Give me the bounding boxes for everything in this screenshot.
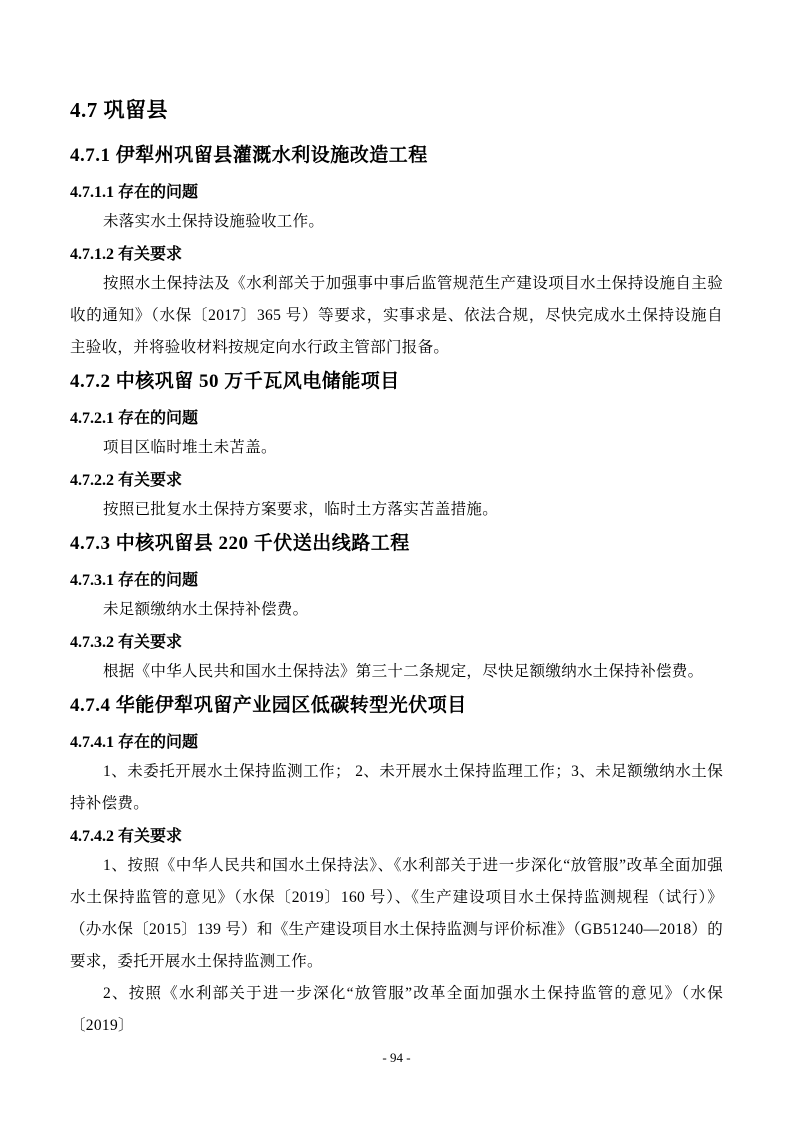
requirements-subheading-4-7-4-2: 4.7.4.2 有关要求 bbox=[70, 826, 723, 848]
project-heading-4-7-4: 4.7.4 华能伊犁巩留产业园区低碳转型光伏项目 bbox=[70, 692, 723, 720]
requirements-paragraph-4-7-2: 按照已批复水土保持方案要求，临时土方落实苫盖措施。 bbox=[70, 494, 723, 526]
issues-subheading-4-7-2-1: 4.7.2.1 存在的问题 bbox=[70, 408, 723, 430]
issues-subheading-4-7-4-1: 4.7.4.1 存在的问题 bbox=[70, 732, 723, 754]
issues-subheading-4-7-3-1: 4.7.3.1 存在的问题 bbox=[70, 570, 723, 592]
requirements-paragraph-4-7-1: 按照水土保持法及《水利部关于加强事中事后监管规范生产建设项目水土保持设施自主验收… bbox=[70, 268, 723, 364]
issues-subheading-4-7-1-1: 4.7.1.1 存在的问题 bbox=[70, 182, 723, 204]
requirements-paragraph-4-7-3: 根据《中华人民共和国水土保持法》第三十二条规定，尽快足额缴纳水土保持补偿费。 bbox=[70, 656, 723, 688]
issues-paragraph-4-7-4: 1、未委托开展水土保持监测工作； 2、未开展水土保持监理工作；3、未足额缴纳水土… bbox=[70, 756, 723, 820]
project-heading-4-7-2: 4.7.2 中核巩留 50 万千瓦风电储能项目 bbox=[70, 368, 723, 396]
issues-paragraph-4-7-3: 未足额缴纳水土保持补偿费。 bbox=[70, 594, 723, 626]
document-page: 4.7 巩留县 4.7.1 伊犁州巩留县灌溉水利设施改造工程 4.7.1.1 存… bbox=[0, 0, 793, 1042]
issues-paragraph-4-7-2: 项目区临时堆土未苫盖。 bbox=[70, 432, 723, 464]
project-heading-4-7-1: 4.7.1 伊犁州巩留县灌溉水利设施改造工程 bbox=[70, 142, 723, 170]
requirements-paragraph-4-7-4-item1: 1、按照《中华人民共和国水土保持法》、《水利部关于进一步深化“放管服”改革全面加… bbox=[70, 850, 723, 978]
page-number: - 94 - bbox=[0, 1050, 793, 1066]
requirements-subheading-4-7-3-2: 4.7.3.2 有关要求 bbox=[70, 632, 723, 654]
requirements-paragraph-4-7-4-item2: 2、按照《水利部关于进一步深化“放管服”改革全面加强水土保持监管的意见》（水保〔… bbox=[70, 978, 723, 1042]
project-heading-4-7-3: 4.7.3 中核巩留县 220 千伏送出线路工程 bbox=[70, 530, 723, 558]
requirements-subheading-4-7-1-2: 4.7.1.2 有关要求 bbox=[70, 244, 723, 266]
section-heading-4-7: 4.7 巩留县 bbox=[70, 96, 723, 124]
issues-paragraph-4-7-1: 未落实水土保持设施验收工作。 bbox=[70, 206, 723, 238]
requirements-subheading-4-7-2-2: 4.7.2.2 有关要求 bbox=[70, 470, 723, 492]
